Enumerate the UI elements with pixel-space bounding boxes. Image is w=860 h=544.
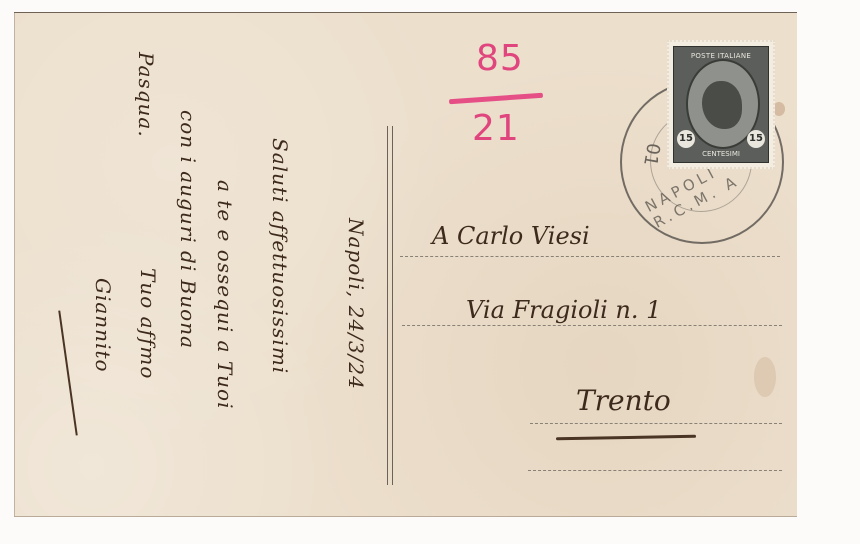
- address-line-4-rule: [528, 470, 782, 471]
- stamp-value-left: 15: [677, 130, 695, 148]
- postage-stamp: POSTE ITALIANE 15 15 CENTESIMI: [667, 40, 775, 169]
- stamp-value-right: 15: [747, 130, 765, 148]
- message-line-2: a te e ossequi a Tuoi: [213, 180, 237, 410]
- message-line-3: con i auguri di Buona: [176, 110, 200, 349]
- message-place-date: Napoli, 24/3/24: [344, 218, 368, 390]
- message-line-6: Giannito: [91, 278, 115, 373]
- pencil-denominator: 21: [472, 108, 520, 149]
- address-line-3-rule: [530, 423, 782, 424]
- address-city: Trento: [576, 384, 671, 417]
- address-recipient: A Carlo Viesi: [432, 222, 590, 250]
- message-line-5: Tuo affmo: [136, 268, 160, 379]
- pencil-numerator: 85: [476, 38, 524, 79]
- message-line-1: Saluti affettuosissimi: [268, 138, 292, 374]
- address-divider: [387, 126, 393, 485]
- stamp-bottom-text: CENTESIMI: [674, 150, 768, 158]
- message-line-4: Pasqua.: [134, 52, 158, 138]
- stamp-face: POSTE ITALIANE 15 15 CENTESIMI: [673, 46, 769, 163]
- address-street: Via Fragioli n. 1: [466, 296, 661, 324]
- stain: [754, 357, 776, 397]
- king-portrait-icon: [702, 81, 742, 129]
- postmark-date: 01: [639, 141, 664, 167]
- address-line-1-rule: [400, 256, 780, 257]
- address-line-2-rule: [402, 325, 782, 326]
